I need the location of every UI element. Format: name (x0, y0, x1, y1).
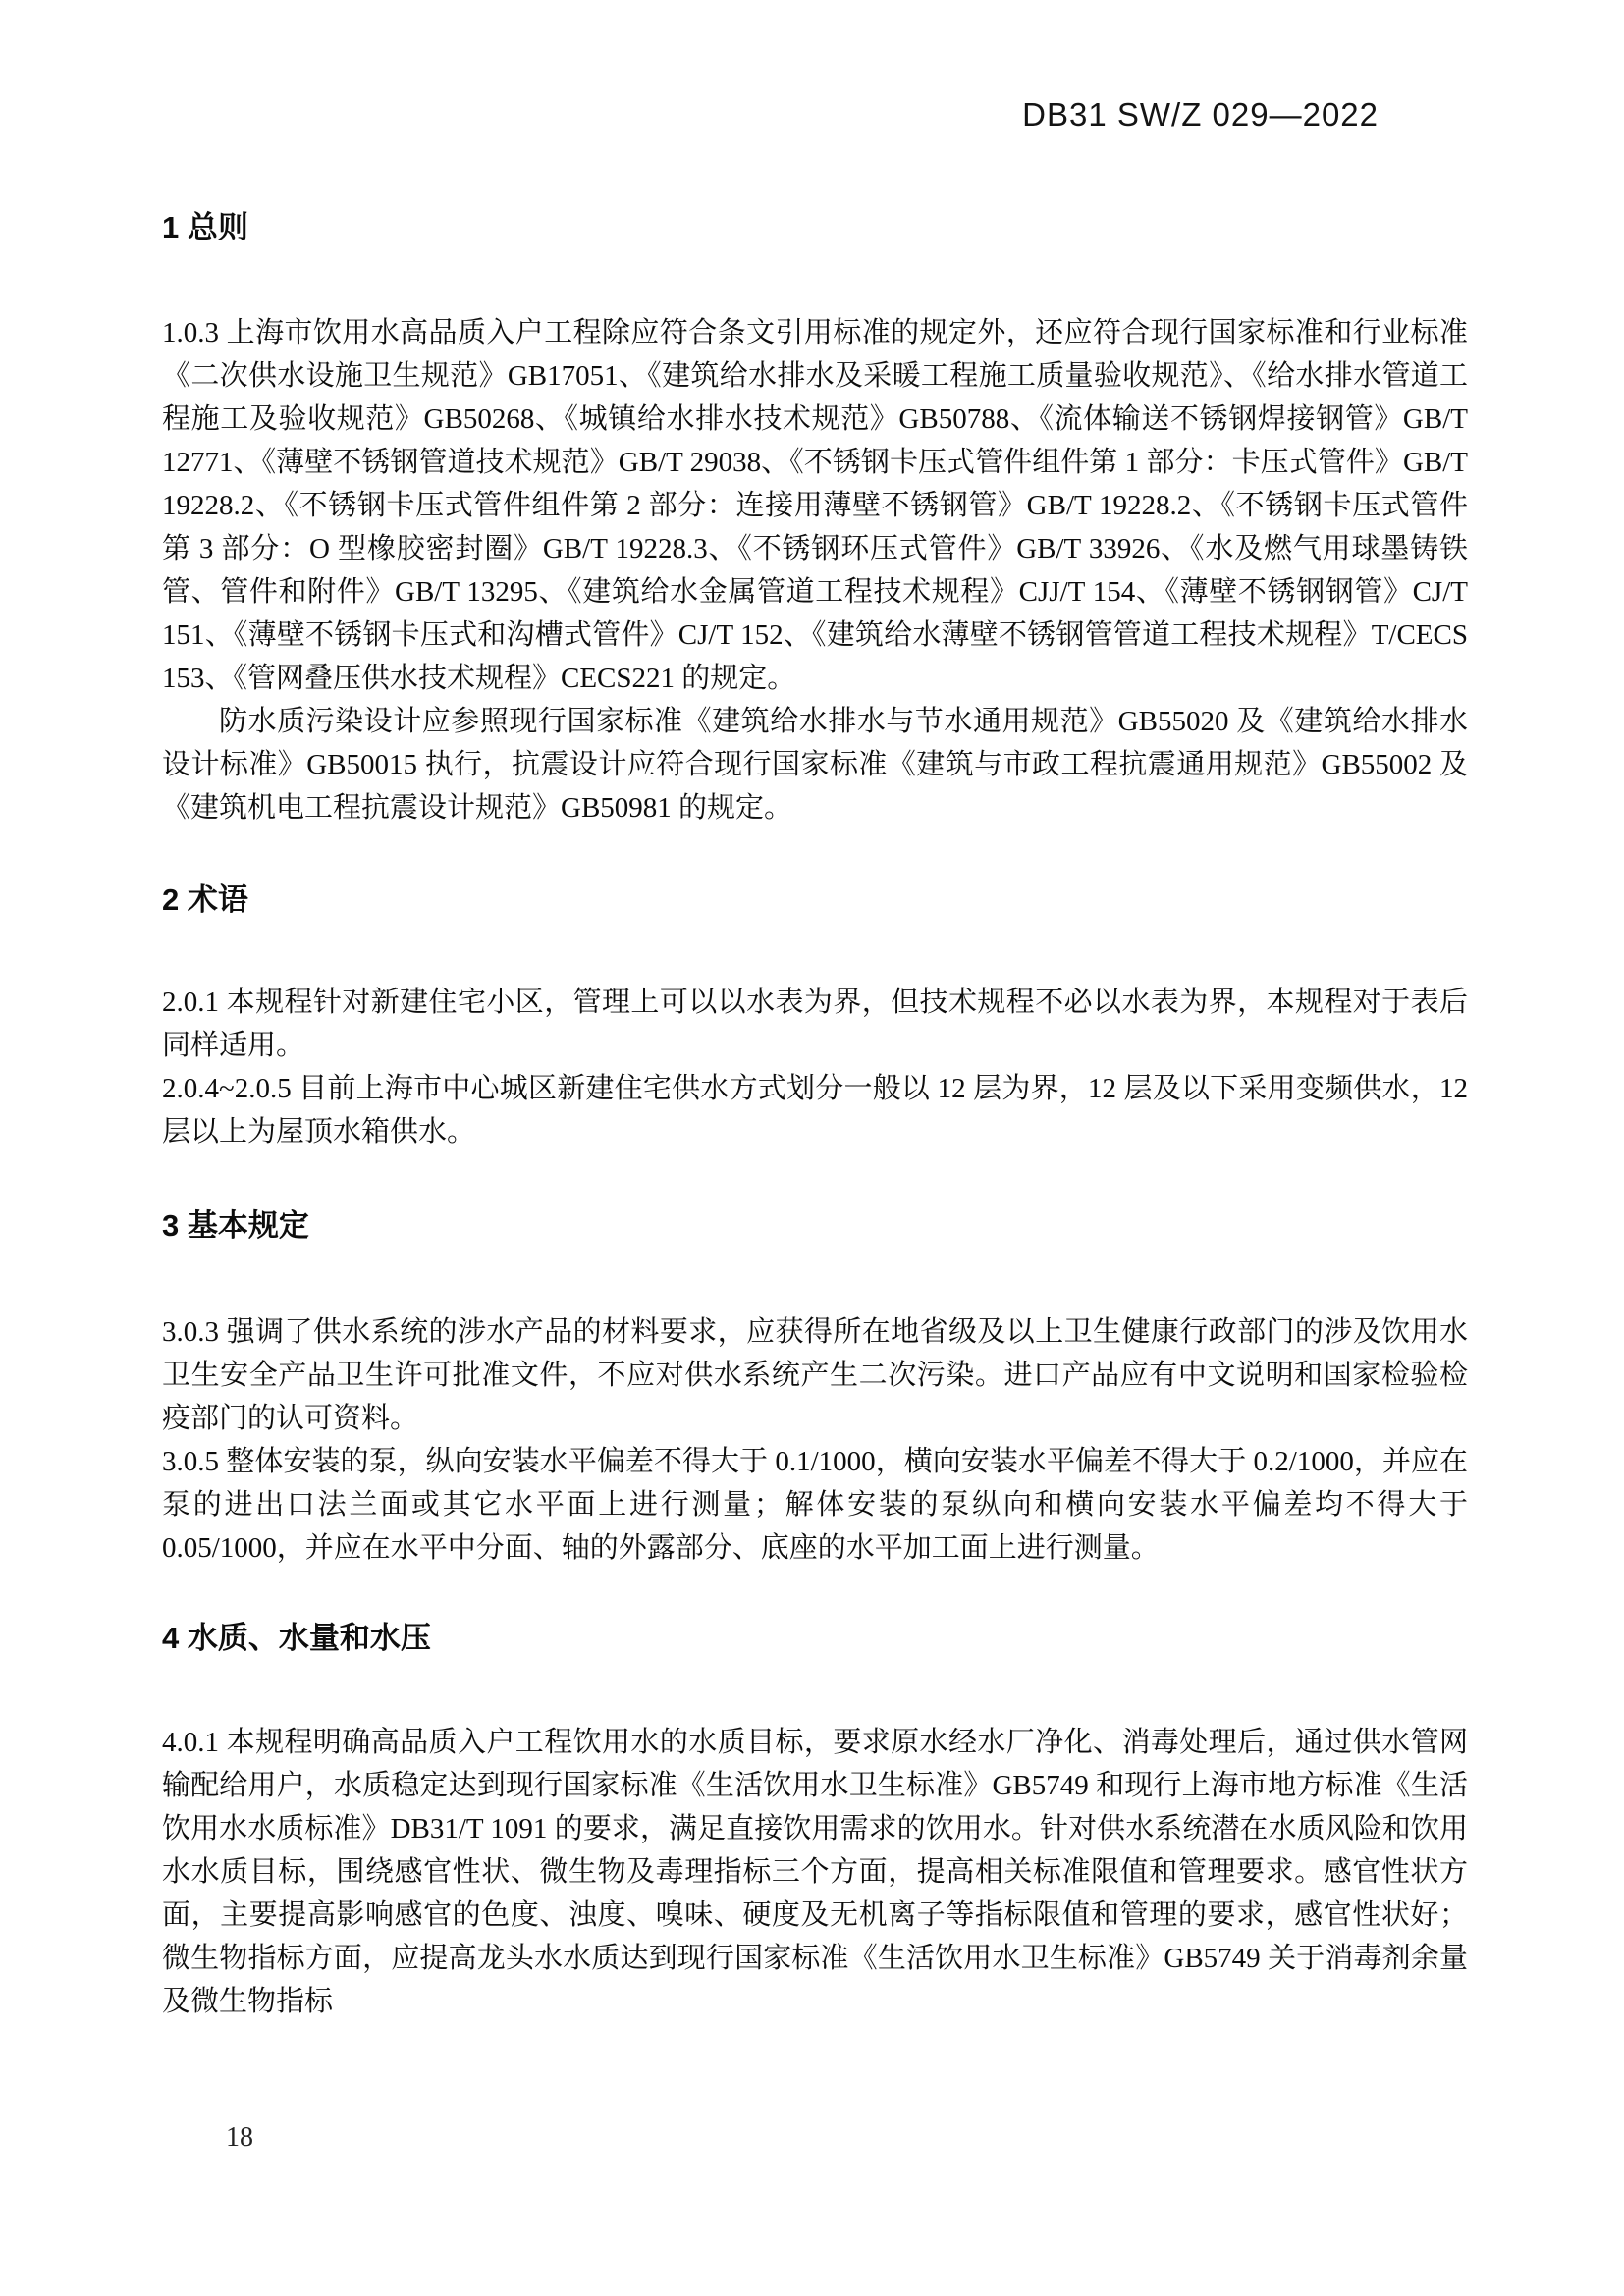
paragraph-1-0-3: 1.0.3 上海市饮用水高品质入户工程除应符合条文引用标准的规定外，还应符合现行… (162, 311, 1468, 700)
section-heading-basic-rules: 3 基本规定 (162, 1206, 1468, 1246)
section-heading-terms: 2 术语 (162, 881, 1468, 920)
paragraph-3-0-3: 3.0.3 强调了供水系统的涉水产品的材料要求，应获得所在地省级及以上卫生健康行… (162, 1310, 1468, 1440)
paragraph-3-0-5: 3.0.5 整体安装的泵，纵向安装水平偏差不得大于 0.1/1000，横向安装水… (162, 1440, 1468, 1570)
paragraph-2-0-4-to-2-0-5: 2.0.4~2.0.5 目前上海市中心城区新建住宅供水方式划分一般以 12 层为… (162, 1067, 1468, 1153)
document-page: DB31 SW/Z 029—2022 1 总则 1.0.3 上海市饮用水高品质入… (0, 0, 1624, 2296)
page-number: 18 (226, 2122, 253, 2154)
section-heading-general-provisions: 1 总则 (162, 208, 1468, 247)
paragraph-1-0-3-continuation: 防水质污染设计应参照现行国家标准《建筑给水排水与节水通用规范》GB55020 及… (162, 700, 1468, 829)
paragraph-2-0-1: 2.0.1 本规程针对新建住宅小区，管理上可以以水表为界，但技术规程不必以水表为… (162, 981, 1468, 1067)
document-content: 1 总则 1.0.3 上海市饮用水高品质入户工程除应符合条文引用标准的规定外，还… (162, 0, 1468, 2023)
section-heading-water-quality-quantity-pressure: 4 水质、水量和水压 (162, 1619, 1468, 1658)
paragraph-4-0-1: 4.0.1 本规程明确高品质入户工程饮用水的水质目标，要求原水经水厂净化、消毒处… (162, 1721, 1468, 2023)
